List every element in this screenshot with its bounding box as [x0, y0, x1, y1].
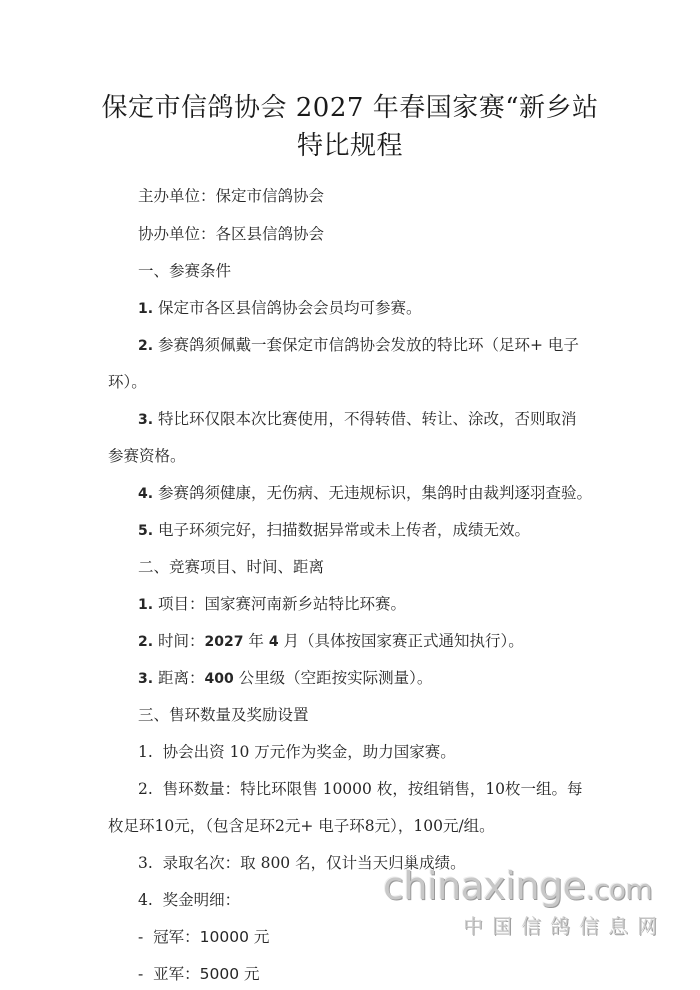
prize-label: 亚军： [153, 965, 200, 983]
organizer-line: 主办单位：保定市信鸽协会 [138, 186, 324, 206]
section3-item-1: 1. 协会出资 10 万元作为奖金，助力国家赛。 [138, 742, 456, 762]
section-heading-1: 一、参赛条件 [138, 261, 231, 281]
document-title-line-1: 保定市信鸽协会 2027 年春国家赛“新乡站 [0, 90, 700, 126]
distance-value: 400 [205, 671, 234, 687]
item-text: 月（具体按国家赛正式通知执行）。 [279, 632, 524, 650]
item-text: 特比环仅限本次比赛使用，不得转借、转让、涂改，否则取消 [158, 410, 577, 428]
item-text: 协会出资 10 万元作为奖金，助力国家赛。 [163, 743, 456, 761]
section1-item-2: 2. 参赛鸽须佩戴一套保定市信鸽协会发放的特比环（足环+ 电子 [138, 335, 579, 356]
section3-item-2: 2. 售环数量：特比环限售 10000 枚，按组销售，10枚一组。每 [138, 779, 583, 799]
item-text: 电子环须完好，扫描数据异常或未上传者，成绩无效。 [158, 521, 530, 539]
item-text: 年 [243, 632, 268, 650]
item-text: 参赛鸽须健康，无伤病、无违规标识，集鸽时由裁判逐羽查验。 [158, 484, 592, 502]
section1-item-4: 4. 参赛鸽须健康，无伤病、无违规标识，集鸽时由裁判逐羽查验。 [138, 483, 592, 504]
item-number: 2. [138, 780, 153, 798]
item-text: 参赛鸽须佩戴一套保定市信鸽协会发放的特比环（足环+ 电子 [158, 336, 579, 354]
prize-row-runner-up: - 亚军：5000 元 [138, 964, 260, 984]
item-text: 奖金明细： [163, 891, 241, 909]
item-number: 1. [138, 597, 153, 613]
item-label: 时间： [158, 632, 205, 650]
section3-item-4: 4. 奖金明细： [138, 890, 240, 910]
document-page: 保定市信鸽协会 2027 年春国家赛“新乡站 特比规程 主办单位：保定市信鸽协会… [0, 0, 700, 990]
section1-item-3-continuation: 参赛资格。 [108, 446, 186, 466]
section1-item-5: 5. 电子环须完好，扫描数据异常或未上传者，成绩无效。 [138, 520, 530, 541]
section-heading-3: 三、售环数量及奖励设置 [138, 705, 309, 725]
prize-dash: - [138, 928, 143, 946]
month-value: 4 [269, 634, 279, 650]
year-value: 2027 [205, 634, 244, 650]
watermark-domain-main: chinaxinge [383, 864, 586, 908]
item-number: 3. [138, 412, 153, 428]
section2-item-2: 2. 时间：2027 年 4 月（具体按国家赛正式通知执行）。 [138, 631, 524, 652]
item-number: 3. [138, 854, 153, 872]
item-number: 2. [138, 634, 153, 650]
section2-item-1: 1. 项目：国家赛河南新乡站特比环赛。 [138, 594, 406, 615]
item-number: 5. [138, 523, 153, 539]
item-text: 项目：国家赛河南新乡站特比环赛。 [158, 595, 406, 613]
prize-row-champion: - 冠军：10000 元 [138, 927, 269, 947]
item-label: 距离： [158, 669, 205, 687]
item-number: 1. [138, 743, 153, 761]
item-text: 保定市各区县信鸽协会会员均可参赛。 [158, 299, 422, 317]
prize-amount: 5000 [200, 965, 239, 983]
item-number: 4. [138, 486, 153, 502]
prize-unit: 元 [249, 928, 269, 946]
prize-dash: - [138, 965, 143, 983]
section2-item-3: 3. 距离：400 公里级（空距按实际测量）。 [138, 668, 432, 689]
section1-item-2-continuation: 环）。 [108, 372, 147, 392]
watermark-domain-tld: .com [586, 873, 653, 906]
item-text: 售环数量：特比环限售 10000 枚，按组销售，10枚一组。每 [163, 780, 583, 798]
item-text: 公里级（空距按实际测量）。 [234, 669, 433, 687]
site-watermark: chinaxinge.com 中国信鸽信息网 [383, 866, 683, 938]
item-number: 3. [138, 671, 153, 687]
co-organizer-line: 协办单位：各区县信鸽协会 [138, 224, 324, 244]
item-number: 2. [138, 338, 153, 354]
prize-amount: 10000 [200, 928, 249, 946]
item-number: 4. [138, 891, 153, 909]
prize-label: 冠军： [153, 928, 200, 946]
document-title-line-2: 特比规程 [0, 128, 700, 164]
watermark-domain: chinaxinge.com [383, 866, 683, 910]
prize-unit: 元 [239, 965, 259, 983]
watermark-site-name: 中国信鸽信息网 [463, 914, 683, 938]
section1-item-1: 1. 保定市各区县信鸽协会会员均可参赛。 [138, 298, 422, 319]
item-number: 1. [138, 301, 153, 317]
section-heading-2: 二、竞赛项目、时间、距离 [138, 557, 324, 577]
section3-item-2-continuation: 枚足环10元，（包含足环2元+ 电子环8元），100元/组。 [108, 816, 495, 836]
section1-item-3: 3. 特比环仅限本次比赛使用，不得转借、转让、涂改，否则取消 [138, 409, 577, 430]
